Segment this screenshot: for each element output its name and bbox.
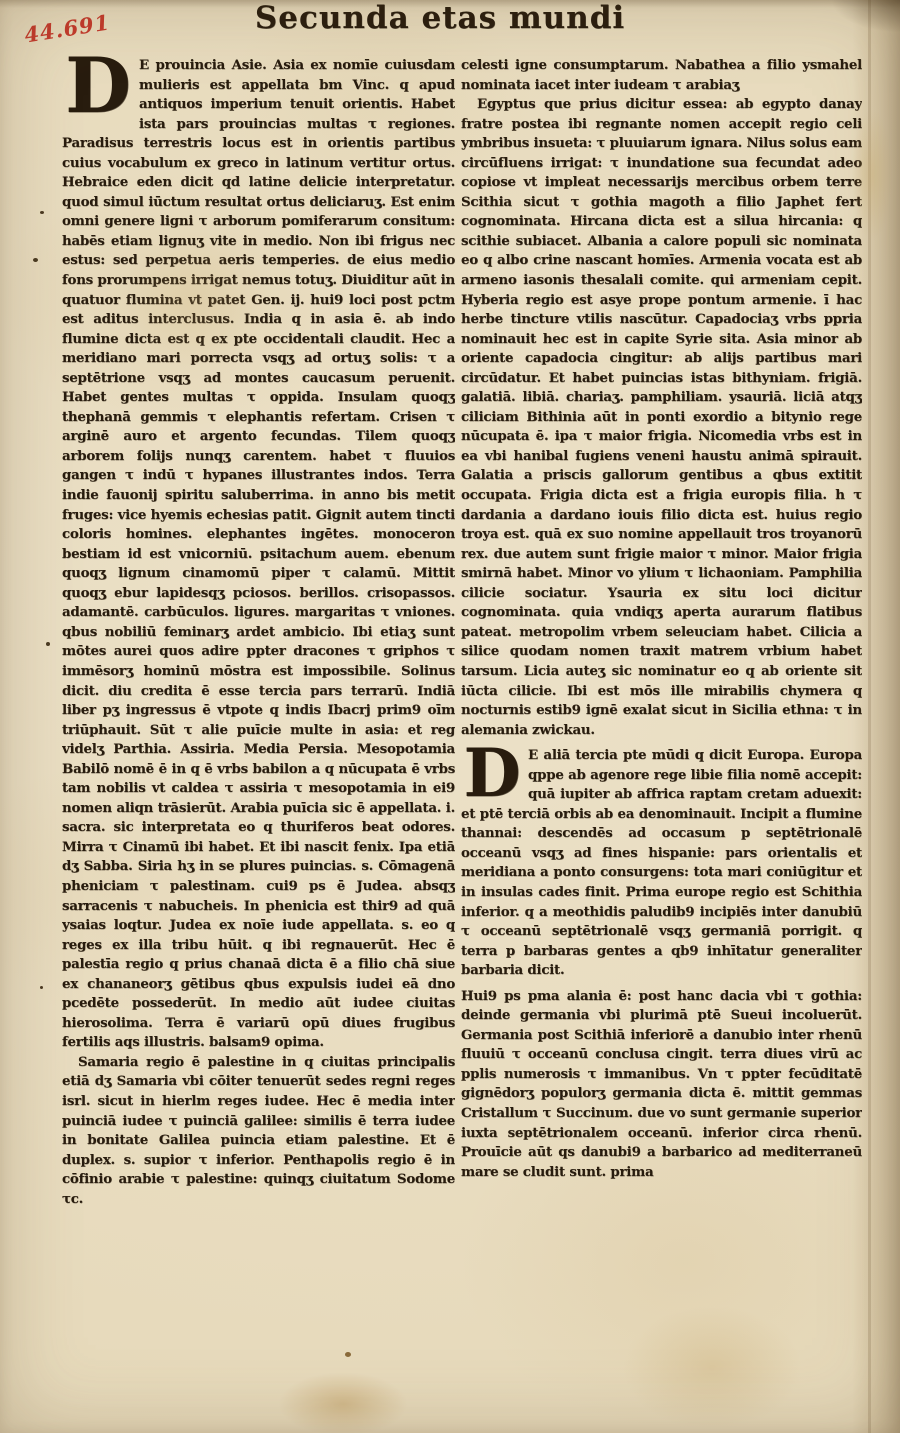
paragraph-samaria: Samaria regio ē palestine in q ciuitas p… (62, 1053, 455, 1209)
paragraph-huius-pars-alania: Hui9 ps pma alania ē: post hanc dacia vb… (461, 987, 862, 1182)
paragraph-text: Egyptus que prius dicitur essea: ab egyp… (461, 96, 862, 738)
incunabulum-page-scan: 44.691 Secunda etas mundi DE prouincia A… (0, 0, 900, 1433)
ink-speck (40, 211, 44, 214)
paragraph-continuation-nabathea: celesti igne consumptarum. Nabathea a fi… (461, 56, 862, 95)
paragraph-de-provincia-asie: DE prouincia Asie. Asia ex nomīe cuiusda… (62, 56, 455, 1053)
paragraph-text: E prouincia Asie. Asia ex nomīe cuiusdam… (62, 57, 455, 1050)
drop-cap-initial-d: D (461, 747, 523, 799)
ink-speck (46, 642, 50, 646)
text-column-left: DE prouincia Asie. Asia ex nomīe cuiusda… (62, 56, 455, 1266)
paper-stain (622, 1305, 802, 1430)
paragraph-text: celesti igne consumptarum. Nabathea a fi… (461, 57, 862, 93)
paper-stain (278, 1372, 408, 1433)
page-title: Secunda etas mundi (0, 0, 880, 36)
ink-speck (40, 986, 43, 989)
paragraph-text: Hui9 ps pma alania ē: post hanc dacia vb… (461, 988, 862, 1180)
paragraph-de-europa: DE aliā tercia pte mūdi q dicit Europa. … (461, 746, 862, 981)
text-column-right: celesti igne consumptarum. Nabathea a fi… (461, 56, 862, 1260)
paragraph-egyptus: Egyptus que prius dicitur essea: ab egyp… (461, 95, 862, 740)
page-edge-crease (868, 0, 871, 1433)
foxing-spot (345, 1352, 351, 1357)
ink-speck (33, 258, 38, 262)
paragraph-text: Samaria regio ē palestine in q ciuitas p… (62, 1054, 455, 1207)
drop-cap-initial-d: D (62, 57, 134, 115)
